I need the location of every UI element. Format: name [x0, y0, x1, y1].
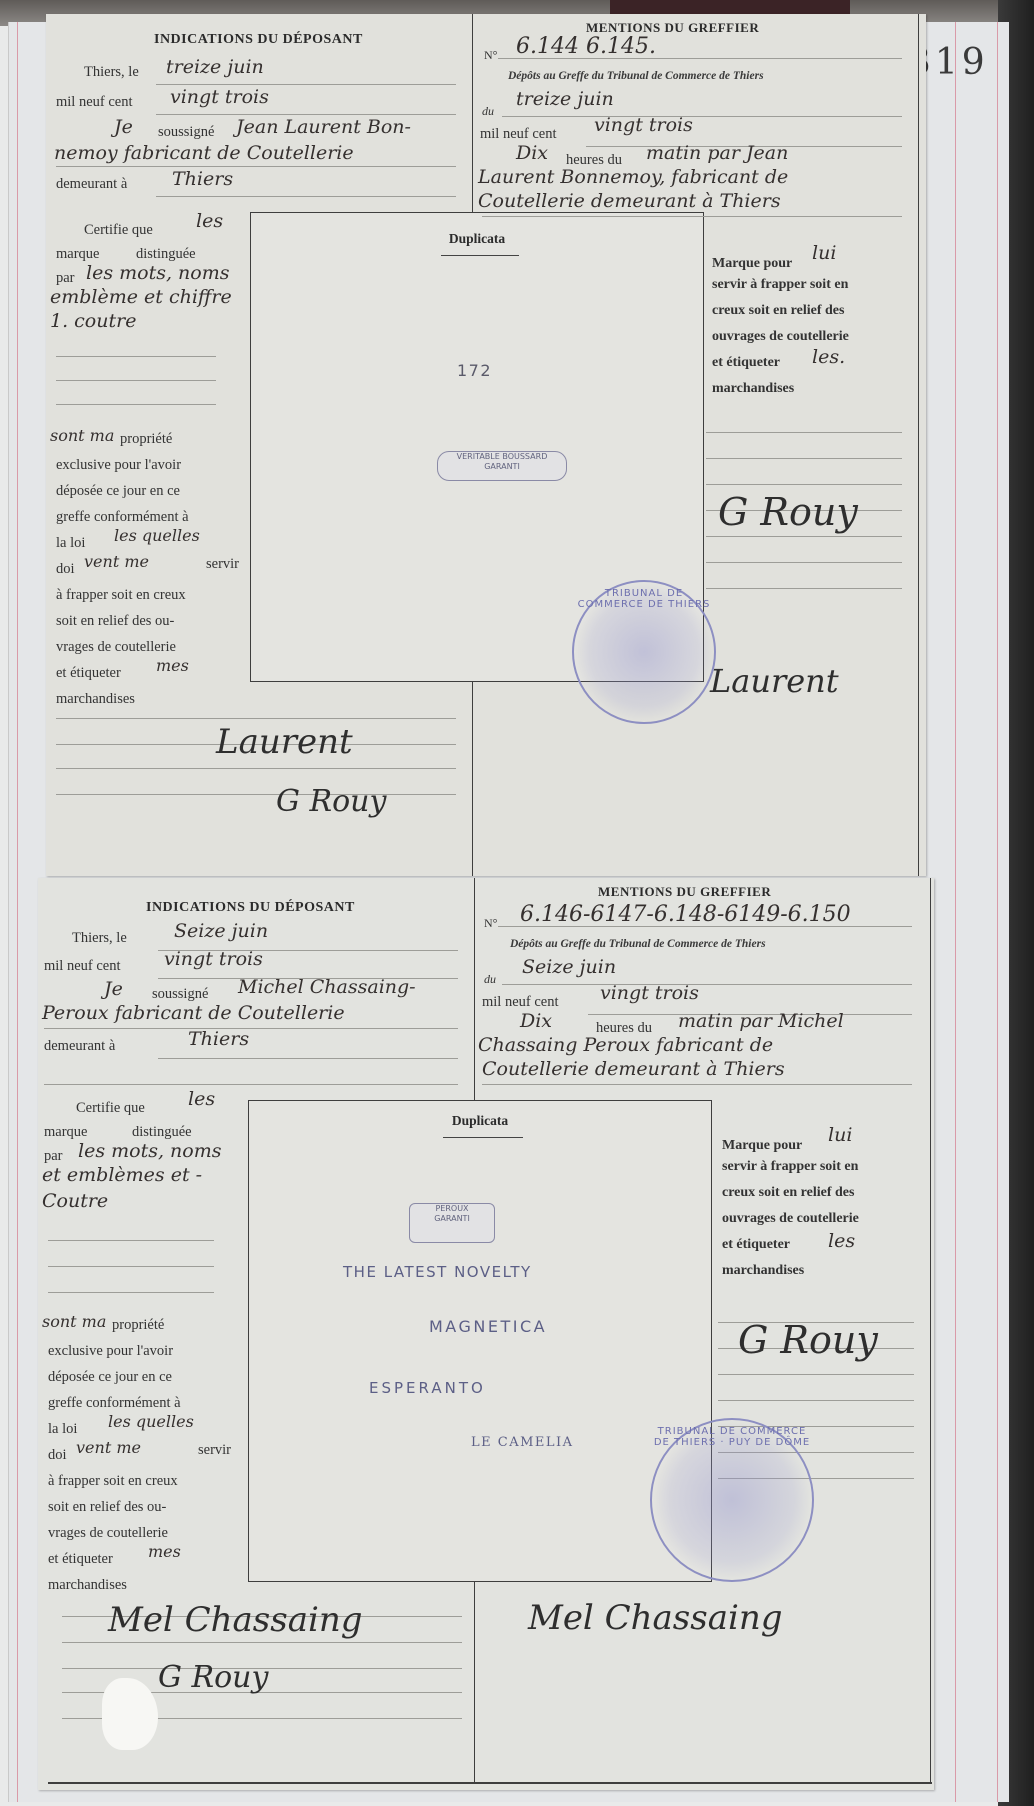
paragraph-line: marchandises: [712, 376, 912, 402]
duplicata-title: Duplicata: [251, 231, 703, 247]
mark-stamp-latest-novelty: THE LATEST NOVELTY: [343, 1263, 532, 1281]
registrar-clerk-signature: G Rouy: [738, 1318, 878, 1362]
depositor-heading: INDICATIONS DU DÉPOSANT: [146, 900, 355, 916]
form-rule: [498, 58, 902, 59]
mark-for-label: Marque pour: [712, 256, 792, 272]
column-divider: [918, 14, 919, 876]
person-handwritten-1: Chassaing Peroux fabricant de: [478, 1034, 773, 1056]
doivent-handwritten: vent me: [76, 1438, 141, 1457]
soussigne-label: soussigné: [152, 986, 208, 1003]
certify-label: Certifie que: [76, 1100, 145, 1117]
distinguished-label: distinguée: [136, 246, 196, 263]
paragraph-line: marchandises: [722, 1258, 922, 1284]
form-rule: [56, 718, 456, 719]
par-label: par: [56, 270, 75, 287]
duplicata-box: Duplicata PEROUX GARANTI THE LATEST NOVE…: [248, 1100, 712, 1582]
paragraph-line: soit en relief des ou-: [56, 608, 256, 634]
mark-for-label: Marque pour: [722, 1138, 802, 1154]
number-label: N°: [484, 916, 497, 931]
person-handwritten-2: Coutellerie demeurant à Thiers: [482, 1058, 785, 1080]
mes-handwritten: mes: [148, 1542, 181, 1561]
doivent-handwritten: vent me: [84, 552, 149, 571]
form-rule: [502, 116, 902, 117]
form-rule: [706, 562, 902, 563]
date-handwritten: Seize juin: [174, 920, 268, 942]
name-handwritten: Michel Chassaing-: [238, 976, 416, 998]
registrar-depositor-signature: Laurent: [710, 662, 839, 700]
lesquelles-handwritten: les quelles: [108, 1412, 194, 1431]
certify-label: Certifie que: [84, 222, 153, 239]
paragraph-line: exclusive pour l'avoir: [56, 452, 256, 478]
margin-rule: [955, 22, 956, 1802]
hour-rest-handwritten: matin par Jean: [646, 142, 788, 164]
year-label: mil neuf cent: [56, 94, 133, 111]
form-rule: [56, 794, 456, 795]
du-label: du: [484, 972, 496, 987]
paragraph-line: et étiqueter: [722, 1232, 922, 1258]
form-rule: [62, 1642, 462, 1643]
form-rule: [56, 380, 216, 381]
place-label: Thiers, le: [84, 64, 139, 81]
form-rule: [482, 1084, 912, 1085]
form-rule: [56, 356, 216, 357]
lesquelles-handwritten: les quelles: [114, 526, 200, 545]
person-handwritten-1: Laurent Bonnemoy, fabricant de: [478, 166, 788, 188]
deposit-label: Dépôts au Greffe du Tribunal de Commerce…: [510, 938, 766, 950]
residing-handwritten: Thiers: [172, 168, 233, 190]
name-handwritten-cont: nemoy fabricant de Coutellerie: [54, 142, 354, 164]
residing-handwritten: Thiers: [188, 1028, 249, 1050]
mark-stamp-magnetica: MAGNETICA: [429, 1317, 547, 1336]
form-rule: [48, 1240, 214, 1241]
mes-handwritten: mes: [156, 656, 189, 675]
by-handwritten-2: emblème et chiffre: [50, 286, 232, 308]
by-handwritten-3: 1. coutre: [50, 310, 136, 332]
paragraph-line: creux soit en relief des: [712, 298, 912, 324]
date-handwritten: treize juin: [166, 56, 264, 78]
person-handwritten-2: Coutellerie demeurant à Thiers: [478, 190, 781, 212]
hour-rest-handwritten: matin par Michel: [678, 1010, 844, 1032]
registrar-year-label: mil neuf cent: [480, 126, 557, 143]
form-rule: [706, 536, 902, 537]
registrar-year-label: mil neuf cent: [482, 994, 559, 1011]
mark-number-stamp: 172: [457, 361, 492, 380]
stamp-line: GARANTI: [438, 462, 566, 472]
registrar-clerk-signature: G Rouy: [718, 490, 858, 534]
mark-stamp-le-camelia: LE CAMELIA: [471, 1435, 574, 1450]
form-rule: [706, 458, 902, 459]
by-handwritten-1: les mots, noms: [86, 262, 229, 284]
certify-handwritten: les: [188, 1088, 215, 1110]
form-rule: [56, 166, 456, 167]
certify-handwritten: les: [196, 210, 223, 232]
paragraph-line: déposée ce jour en ce: [48, 1364, 248, 1390]
form-rule: [44, 1084, 458, 1085]
form-rule: [156, 114, 456, 115]
deposit-form-1: INDICATIONS DU DÉPOSANT Thiers, le treiz…: [46, 14, 926, 876]
form-rule: [502, 984, 912, 985]
by-handwritten-2: et emblèmes et -: [42, 1164, 202, 1186]
hour-handwritten: Dix: [520, 1010, 552, 1032]
name-handwritten: Jean Laurent Bon-: [236, 116, 411, 138]
registrar-date-handwritten: Seize juin: [522, 956, 616, 978]
court-seal: TRIBUNAL DE COMMERCE DE THIERS · PUY DE …: [650, 1418, 814, 1582]
par-label: par: [44, 1148, 63, 1165]
paragraph-line: servir à frapper soit en: [712, 272, 912, 298]
form-rule: [482, 216, 902, 217]
registrar-depositor-signature: Mel Chassaing: [528, 1598, 783, 1638]
mark-purpose-paragraph: servir à frapper soit en creux soit en r…: [722, 1154, 922, 1284]
mark-for-handwritten: lui: [828, 1124, 852, 1146]
depositor-signature: Mel Chassaing: [108, 1600, 363, 1640]
paragraph-line: creux soit en relief des: [722, 1180, 922, 1206]
form-rule: [498, 926, 912, 927]
by-handwritten-1: les mots, noms: [78, 1140, 221, 1162]
torn-paper: [102, 1678, 158, 1750]
servir-label: servir: [198, 1442, 231, 1459]
paragraph-line: à frapper soit en creux: [48, 1468, 248, 1494]
paragraph-line: marchandises: [48, 1572, 248, 1598]
trademark-stamp-small: PEROUX GARANTI: [409, 1203, 495, 1243]
residing-label: demeurant à: [56, 176, 127, 193]
hour-handwritten: Dix: [516, 142, 548, 164]
les-handwritten: les.: [812, 346, 845, 368]
stamp-line: GARANTI: [410, 1214, 494, 1224]
paragraph-line: servir à frapper soit en: [722, 1154, 922, 1180]
seal-text: TRIBUNAL DE COMMERCE DE THIERS: [574, 588, 714, 610]
mark-for-handwritten: lui: [812, 242, 836, 264]
paragraph-line: exclusive pour l'avoir: [48, 1338, 248, 1364]
registrar-date-handwritten: treize juin: [516, 88, 614, 110]
form-rule: [48, 1266, 214, 1267]
je-handwritten: Je: [114, 116, 133, 138]
place-label: Thiers, le: [72, 930, 127, 947]
duplicata-title: Duplicata: [249, 1113, 711, 1129]
stamp-line: PEROUX: [410, 1204, 494, 1214]
stamp-line: VERITABLE BOUSSARD: [438, 452, 566, 462]
title-underline: [443, 1137, 523, 1138]
du-label: du: [482, 104, 494, 119]
margin-rule: [997, 22, 998, 1802]
servir-label: servir: [206, 556, 239, 573]
paragraph-line: à frapper soit en creux: [56, 582, 256, 608]
residing-label: demeurant à: [44, 1038, 115, 1055]
paragraph-line: propriété: [48, 1312, 248, 1338]
year-label: mil neuf cent: [44, 958, 121, 975]
year-handwritten: vingt trois: [164, 948, 263, 970]
form-rule: [718, 1374, 914, 1375]
margin-rule: [17, 22, 18, 1802]
column-divider: [930, 878, 931, 1782]
clerk-signature: G Rouy: [158, 1660, 268, 1695]
number-handwritten: 6.144 6.145.: [516, 34, 656, 59]
paragraph-line: propriété: [56, 426, 256, 452]
je-handwritten: Je: [104, 978, 123, 1000]
form-rule: [158, 1058, 458, 1059]
year-handwritten: vingt trois: [170, 86, 269, 108]
form-rule: [718, 1400, 914, 1401]
number-handwritten: 6.146-6147-6.148-6149-6.150: [520, 902, 851, 927]
form-rule: [706, 432, 902, 433]
paragraph-line: marchandises: [56, 686, 256, 712]
trademark-stamp-small: VERITABLE BOUSSARD GARANTI: [437, 451, 567, 481]
form-rule: [706, 588, 902, 589]
form-rule: [56, 768, 456, 769]
depositor-signature: Laurent: [216, 722, 353, 762]
frame-bottom: [48, 1782, 932, 1784]
paragraph-line: déposée ce jour en ce: [56, 478, 256, 504]
mark-label: marque: [44, 1124, 87, 1141]
paragraph-line: soit en relief des ou-: [48, 1494, 248, 1520]
registrar-heading: MENTIONS DU GREFFIER: [598, 884, 771, 900]
registrar-year-handwritten: vingt trois: [594, 114, 693, 136]
paragraph-line: ouvrages de coutellerie: [722, 1206, 922, 1232]
deposit-label: Dépôts au Greffe du Tribunal de Commerce…: [508, 70, 764, 82]
title-underline: [441, 255, 519, 256]
by-handwritten-3: Coutre: [42, 1190, 108, 1212]
mark-stamp-esperanto: ESPERANTO: [369, 1379, 486, 1397]
registrar-year-handwritten: vingt trois: [600, 982, 699, 1004]
deposit-form-2: INDICATIONS DU DÉPOSANT Thiers, le Seize…: [38, 878, 934, 1790]
mark-purpose-paragraph: servir à frapper soit en creux soit en r…: [712, 272, 912, 402]
form-rule: [156, 84, 456, 85]
soussigne-label: soussigné: [158, 124, 214, 141]
form-rule: [44, 1028, 458, 1029]
distinguished-label: distinguée: [132, 1124, 192, 1141]
form-rule: [56, 404, 216, 405]
les-handwritten: les: [828, 1230, 855, 1252]
form-rule: [156, 196, 456, 197]
court-seal: TRIBUNAL DE COMMERCE DE THIERS: [572, 580, 716, 724]
form-rule: [48, 1292, 214, 1293]
depositor-heading: INDICATIONS DU DÉPOSANT: [154, 32, 363, 48]
name-handwritten-cont: Peroux fabricant de Coutellerie: [42, 1002, 345, 1024]
number-label: N°: [484, 48, 497, 63]
mark-label: marque: [56, 246, 99, 263]
form-rule: [706, 484, 902, 485]
seal-text: TRIBUNAL DE COMMERCE DE THIERS · PUY DE …: [652, 1426, 812, 1448]
clerk-signature: G Rouy: [276, 784, 386, 819]
